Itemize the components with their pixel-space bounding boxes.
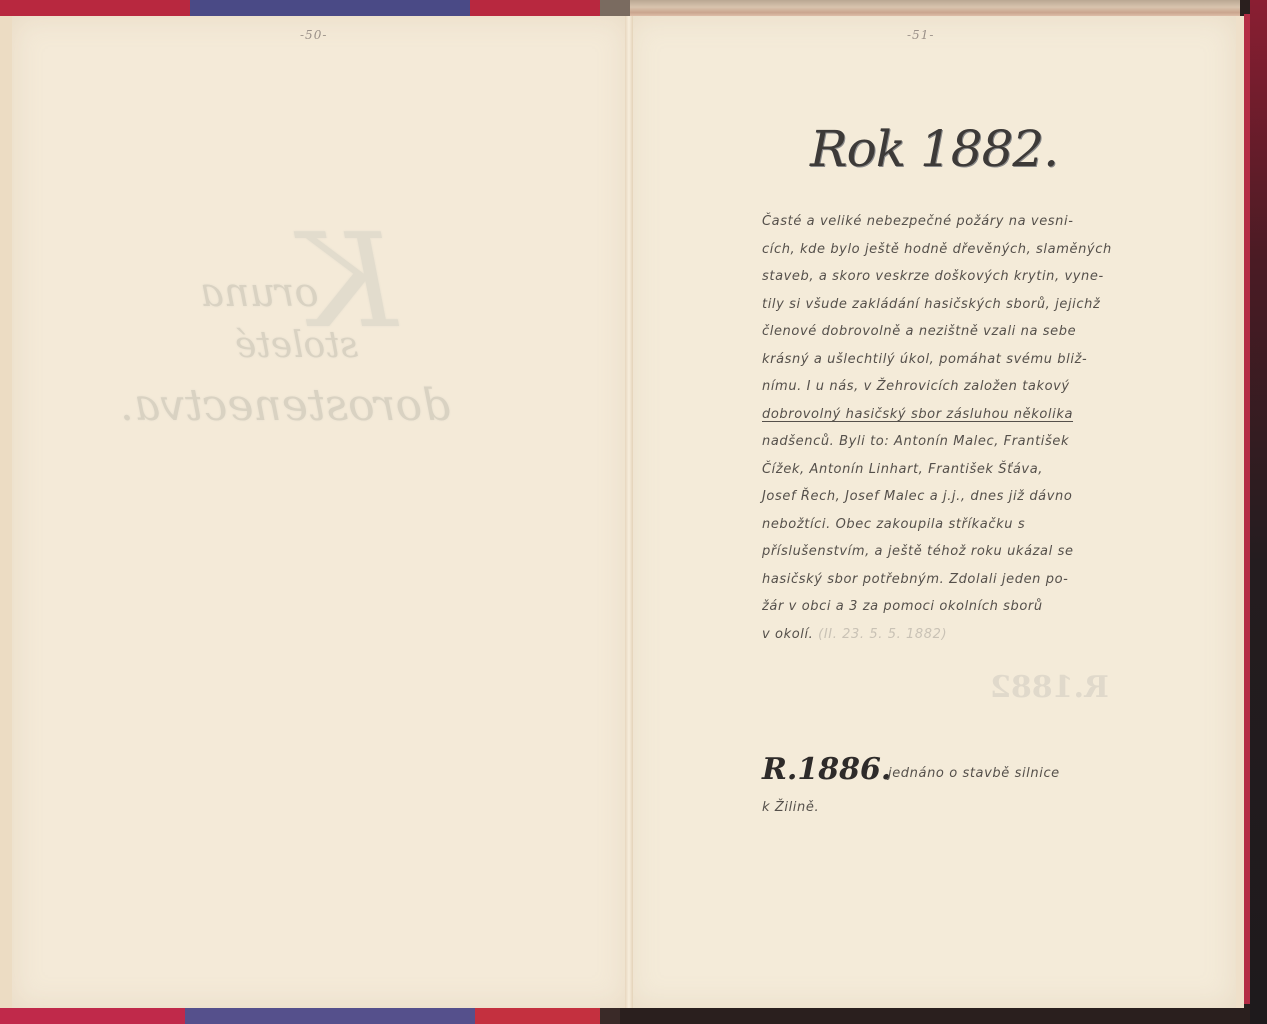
- book-cover-top-edge: [0, 0, 640, 16]
- left-page: [0, 16, 628, 1008]
- book-cover-bottom-edge: [0, 1008, 620, 1024]
- section-heading-1886: R.1886.: [762, 752, 891, 787]
- text-line-content: v okolí.: [762, 627, 813, 642]
- show-through-line-1: oruna: [200, 270, 319, 316]
- text-line-last: v okolí. (II. 23. 5. 5. 1882): [762, 621, 1142, 649]
- text-line: cích, kde bylo ještě hodně dřevěných, sl…: [762, 236, 1142, 264]
- section-1886-line-1: jednáno o stavbě silnice: [888, 766, 1060, 781]
- cover-red-binding: [1244, 14, 1250, 1004]
- text-line: Josef Řech, Josef Malec a j.j., dnes již…: [762, 483, 1142, 511]
- pencil-note: (II. 23. 5. 5. 1882): [818, 627, 947, 642]
- text-line-underlined: dobrovolný hasičský sbor zásluhou několi…: [762, 401, 1142, 429]
- book-gutter: [625, 16, 633, 1008]
- section-1886-text-line-2: k Žilině.: [762, 800, 819, 815]
- text-line: příslušenstvím, a ještě téhož roku ukáza…: [762, 538, 1142, 566]
- show-through-line-3: dorostenectva.: [120, 380, 450, 431]
- text-line: staveb, a skoro veskrze doškových krytin…: [762, 263, 1142, 291]
- chronicle-paragraph: Časté a veliké nebezpečné požáry na vesn…: [762, 208, 1142, 648]
- text-line: nebožtíci. Obec zakoupila stříkačku s: [762, 511, 1142, 539]
- text-line: žár v obci a 3 za pomoci okolních sborů: [762, 593, 1142, 621]
- text-line: nadšenců. Byli to: Antonín Malec, Franti…: [762, 428, 1142, 456]
- text-line: nímu. I u nás, v Žehrovicích založen tak…: [762, 373, 1142, 401]
- show-through-heading: R.1882: [990, 670, 1109, 705]
- page-heading: Rok 1882.: [810, 120, 1058, 178]
- text-line: tily si všude zakládání hasičských sborů…: [762, 291, 1142, 319]
- text-line: Čížek, Antonín Linhart, František Šťáva,: [762, 456, 1142, 484]
- show-through-line-2: stoleté: [235, 325, 358, 366]
- book-cover-right-edge: [1250, 0, 1267, 1024]
- left-page-number: -50-: [300, 28, 327, 42]
- text-line: krásný a ušlechtilý úkol, pomáhat svému …: [762, 346, 1142, 374]
- text-line: členové dobrovolně a nezištně vzali na s…: [762, 318, 1142, 346]
- text-line: hasičský sbor potřebným. Zdolali jeden p…: [762, 566, 1142, 594]
- right-page-number: -51-: [907, 28, 934, 42]
- text-line: Časté a veliké nebezpečné požáry na vesn…: [762, 208, 1142, 236]
- section-1886-text: jednáno o stavbě silnice: [888, 766, 1060, 781]
